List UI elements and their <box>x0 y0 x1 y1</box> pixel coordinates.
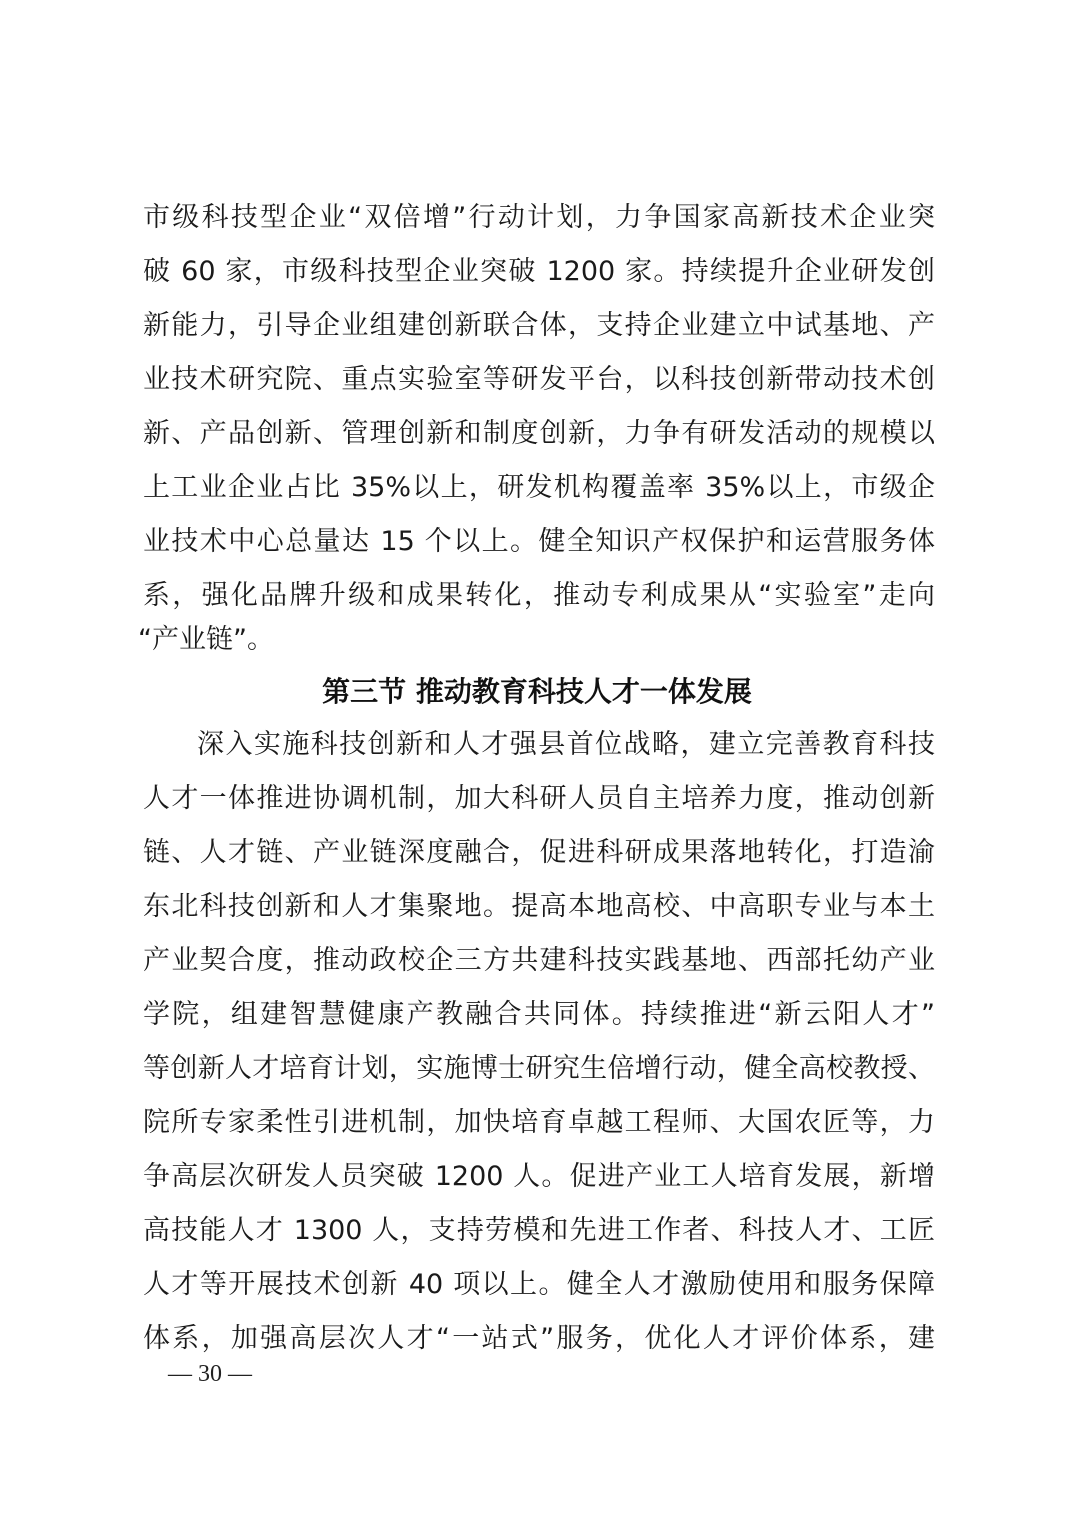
text-line: 深入实施科技创新和人才强县首位战略，建立完善教育科技 <box>197 725 935 765</box>
text-line: 东北科技创新和人才集聚地。提高本地高校、中高职专业与本土 <box>143 887 935 927</box>
text-line: 业技术中心总量达 15 个以上。健全知识产权保护和运营服务体 <box>143 522 935 562</box>
text-line: 上工业企业占比 35%以上，研发机构覆盖率 35%以上，市级企 <box>143 468 935 508</box>
section-heading: 第三节 推动教育科技人才一体发展 <box>0 672 1074 712</box>
text-line: 破 60 家，市级科技型企业突破 1200 家。持续提升企业研发创 <box>143 252 935 292</box>
text-line: 院所专家柔性引进机制，加快培育卓越工程师、大国农匠等，力 <box>143 1103 935 1143</box>
page-number: — 30 — <box>168 1357 252 1391</box>
text-line: 系，强化品牌升级和成果转化，推动专利成果从“实验室”走向 <box>143 576 935 616</box>
document-page: 市级科技型企业“双倍增”行动计划，力争国家高新技术企业突 破 60 家，市级科技… <box>0 0 1074 1520</box>
text-line: 人才等开展技术创新 40 项以上。健全人才激励使用和服务保障 <box>143 1265 935 1305</box>
text-line: 产业契合度，推动政校企三方共建科技实践基地、西部托幼产业 <box>143 941 935 981</box>
text-line: 争高层次研发人员突破 1200 人。促进产业工人培育发展，新增 <box>143 1157 935 1197</box>
text-line: 链、人才链、产业链深度融合，促进科研成果落地转化，打造渝 <box>143 833 935 873</box>
text-line: 新、产品创新、管理创新和制度创新，力争有研发活动的规模以 <box>143 414 935 454</box>
text-line: 新能力，引导企业组建创新联合体，支持企业建立中试基地、产 <box>143 306 935 346</box>
text-line: “产业链”。 <box>138 620 930 660</box>
text-line: 高技能人才 1300 人，支持劳模和先进工作者、科技人才、工匠 <box>143 1211 935 1251</box>
text-line: 等创新人才培育计划，实施博士研究生倍增行动，健全高校教授、 <box>143 1049 935 1089</box>
text-line: 人才一体推进协调机制，加大科研人员自主培养力度，推动创新 <box>143 779 935 819</box>
text-line: 业技术研究院、重点实验室等研发平台，以科技创新带动技术创 <box>143 360 935 400</box>
text-line: 市级科技型企业“双倍增”行动计划，力争国家高新技术企业突 <box>143 198 935 238</box>
text-line: 学院，组建智慧健康产教融合共同体。持续推进“新云阳人才” <box>143 995 935 1035</box>
text-line: 体系，加强高层次人才“一站式”服务，优化人才评价体系，建 <box>143 1319 935 1359</box>
